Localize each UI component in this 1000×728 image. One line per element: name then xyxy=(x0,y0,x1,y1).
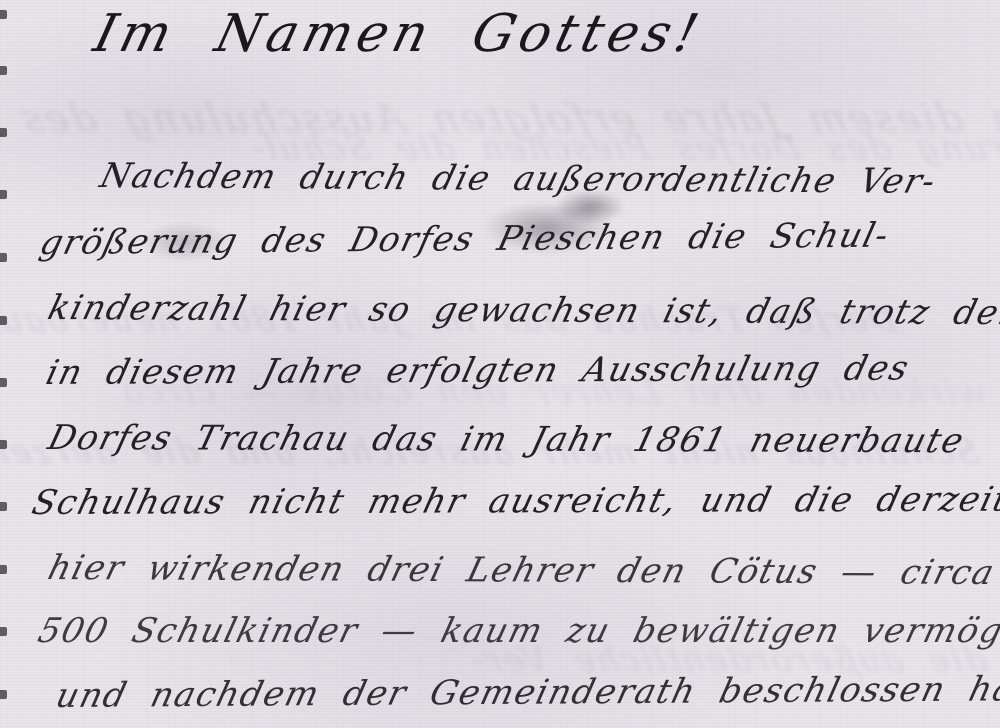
manuscript-line-3: kinderzahl hier so gewachsen ist, daß tr… xyxy=(44,288,1000,333)
manuscript-line-1: Nachdem durch die außerordentliche Ver- xyxy=(96,156,941,202)
manuscript-line-7: hier wirkenden drei Lehrer den Cötus — c… xyxy=(44,548,999,593)
scan-edge-mark xyxy=(0,66,7,75)
scan-edge-mark xyxy=(0,253,7,262)
scan-edge-mark xyxy=(0,10,7,19)
manuscript-line-5: Dorfes Trachau das im Jahr 1861 neuerbau… xyxy=(44,418,969,461)
scan-edge-mark xyxy=(0,565,7,574)
scan-edge-mark xyxy=(0,316,7,325)
scan-edge-mark xyxy=(0,378,7,387)
scan-edge-mark xyxy=(0,440,7,449)
manuscript-heading: Im Namen Gottes! xyxy=(88,4,709,64)
scan-edge-mark xyxy=(0,128,7,137)
scan-edge-mark xyxy=(0,627,7,636)
manuscript-line-6: Schulhaus nicht mehr ausreicht, und die … xyxy=(28,480,1000,523)
scan-edge-mark xyxy=(0,690,7,699)
manuscript-line-8: 500 Schulkinder — kaum zu bewältigen ver… xyxy=(34,611,1000,651)
scan-edge-mark xyxy=(0,190,7,199)
manuscript-line-2: größerung des Dorfes Pieschen die Schul- xyxy=(36,216,894,263)
manuscript-line-4: in diesem Jahre erfolgten Ausschulung de… xyxy=(42,348,914,393)
manuscript-page: in diesem Jahre erfolgten Ausschulung de… xyxy=(0,0,1000,728)
scan-edge-mark xyxy=(0,502,7,511)
manuscript-line-9: und nachdem der Gemeinderath beschlossen… xyxy=(52,669,1000,716)
